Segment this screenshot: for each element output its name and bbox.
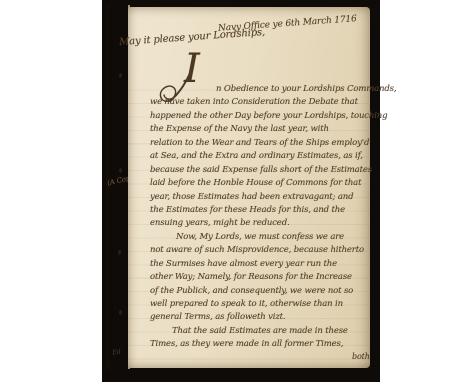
manuscript-line: other Way; Namely, for Reasons for the I… — [150, 271, 376, 284]
manuscript-line: ensuing years, might be reduced. — [150, 217, 376, 230]
manuscript-line: not aware of such Misprovidence, because… — [150, 244, 376, 257]
binding-stitch — [119, 73, 122, 78]
manuscript-line: laid before the Honble House of Commons … — [150, 177, 376, 190]
manuscript-body: n Obedience to your Lordships Commands, … — [150, 83, 376, 352]
catchword: both — [352, 352, 370, 361]
manuscript-line: well prepared to speak to it, otherwise … — [150, 298, 376, 311]
manuscript-line: the Surmises have almost every year run … — [150, 258, 376, 271]
manuscript-line: general Terms, as followeth vizt. — [150, 311, 376, 324]
binding-stitch — [119, 168, 122, 173]
manuscript-page: Navy Office ye 6th March 1716 May it ple… — [128, 7, 370, 368]
manuscript-line: we have taken into Consideration the Deb… — [150, 96, 376, 109]
manuscript-line: happened the other Day before your Lords… — [150, 110, 376, 123]
manuscript-line: at Sea, and the Extra and ordinary Estim… — [150, 150, 376, 163]
manuscript-line: relation to the Wear and Tears of the Sh… — [150, 137, 376, 150]
salutation: May it please your Lordships, — [119, 27, 266, 48]
manuscript-line: the Expense of the Navy the last year, w… — [150, 123, 376, 136]
manuscript-line: n Obedience to your Lordships Commands, — [150, 83, 376, 96]
book-on-dark-backdrop: (A Copy) Ed Navy Office ye 6th March 171… — [102, 0, 380, 382]
binding-stitch — [118, 250, 121, 255]
manuscript-line: Times, as they were made in all former T… — [150, 338, 376, 351]
manuscript-line: year, those Estimates had been extravaga… — [150, 191, 376, 204]
manuscript-line: of the Publick, and consequently, we wer… — [150, 285, 376, 298]
manuscript-line: That the said Estimates are made in thes… — [150, 325, 376, 338]
manuscript-line: Now, My Lords, we must confess we are — [150, 231, 376, 244]
manuscript-line: because the said Expense falls short of … — [150, 164, 376, 177]
pencil-notation: Ed — [111, 347, 121, 356]
photograph-of-manuscript: (A Copy) Ed Navy Office ye 6th March 171… — [0, 0, 468, 382]
manuscript-line: the Estimates for these Heads for this, … — [150, 204, 376, 217]
binding-stitch — [119, 310, 122, 315]
